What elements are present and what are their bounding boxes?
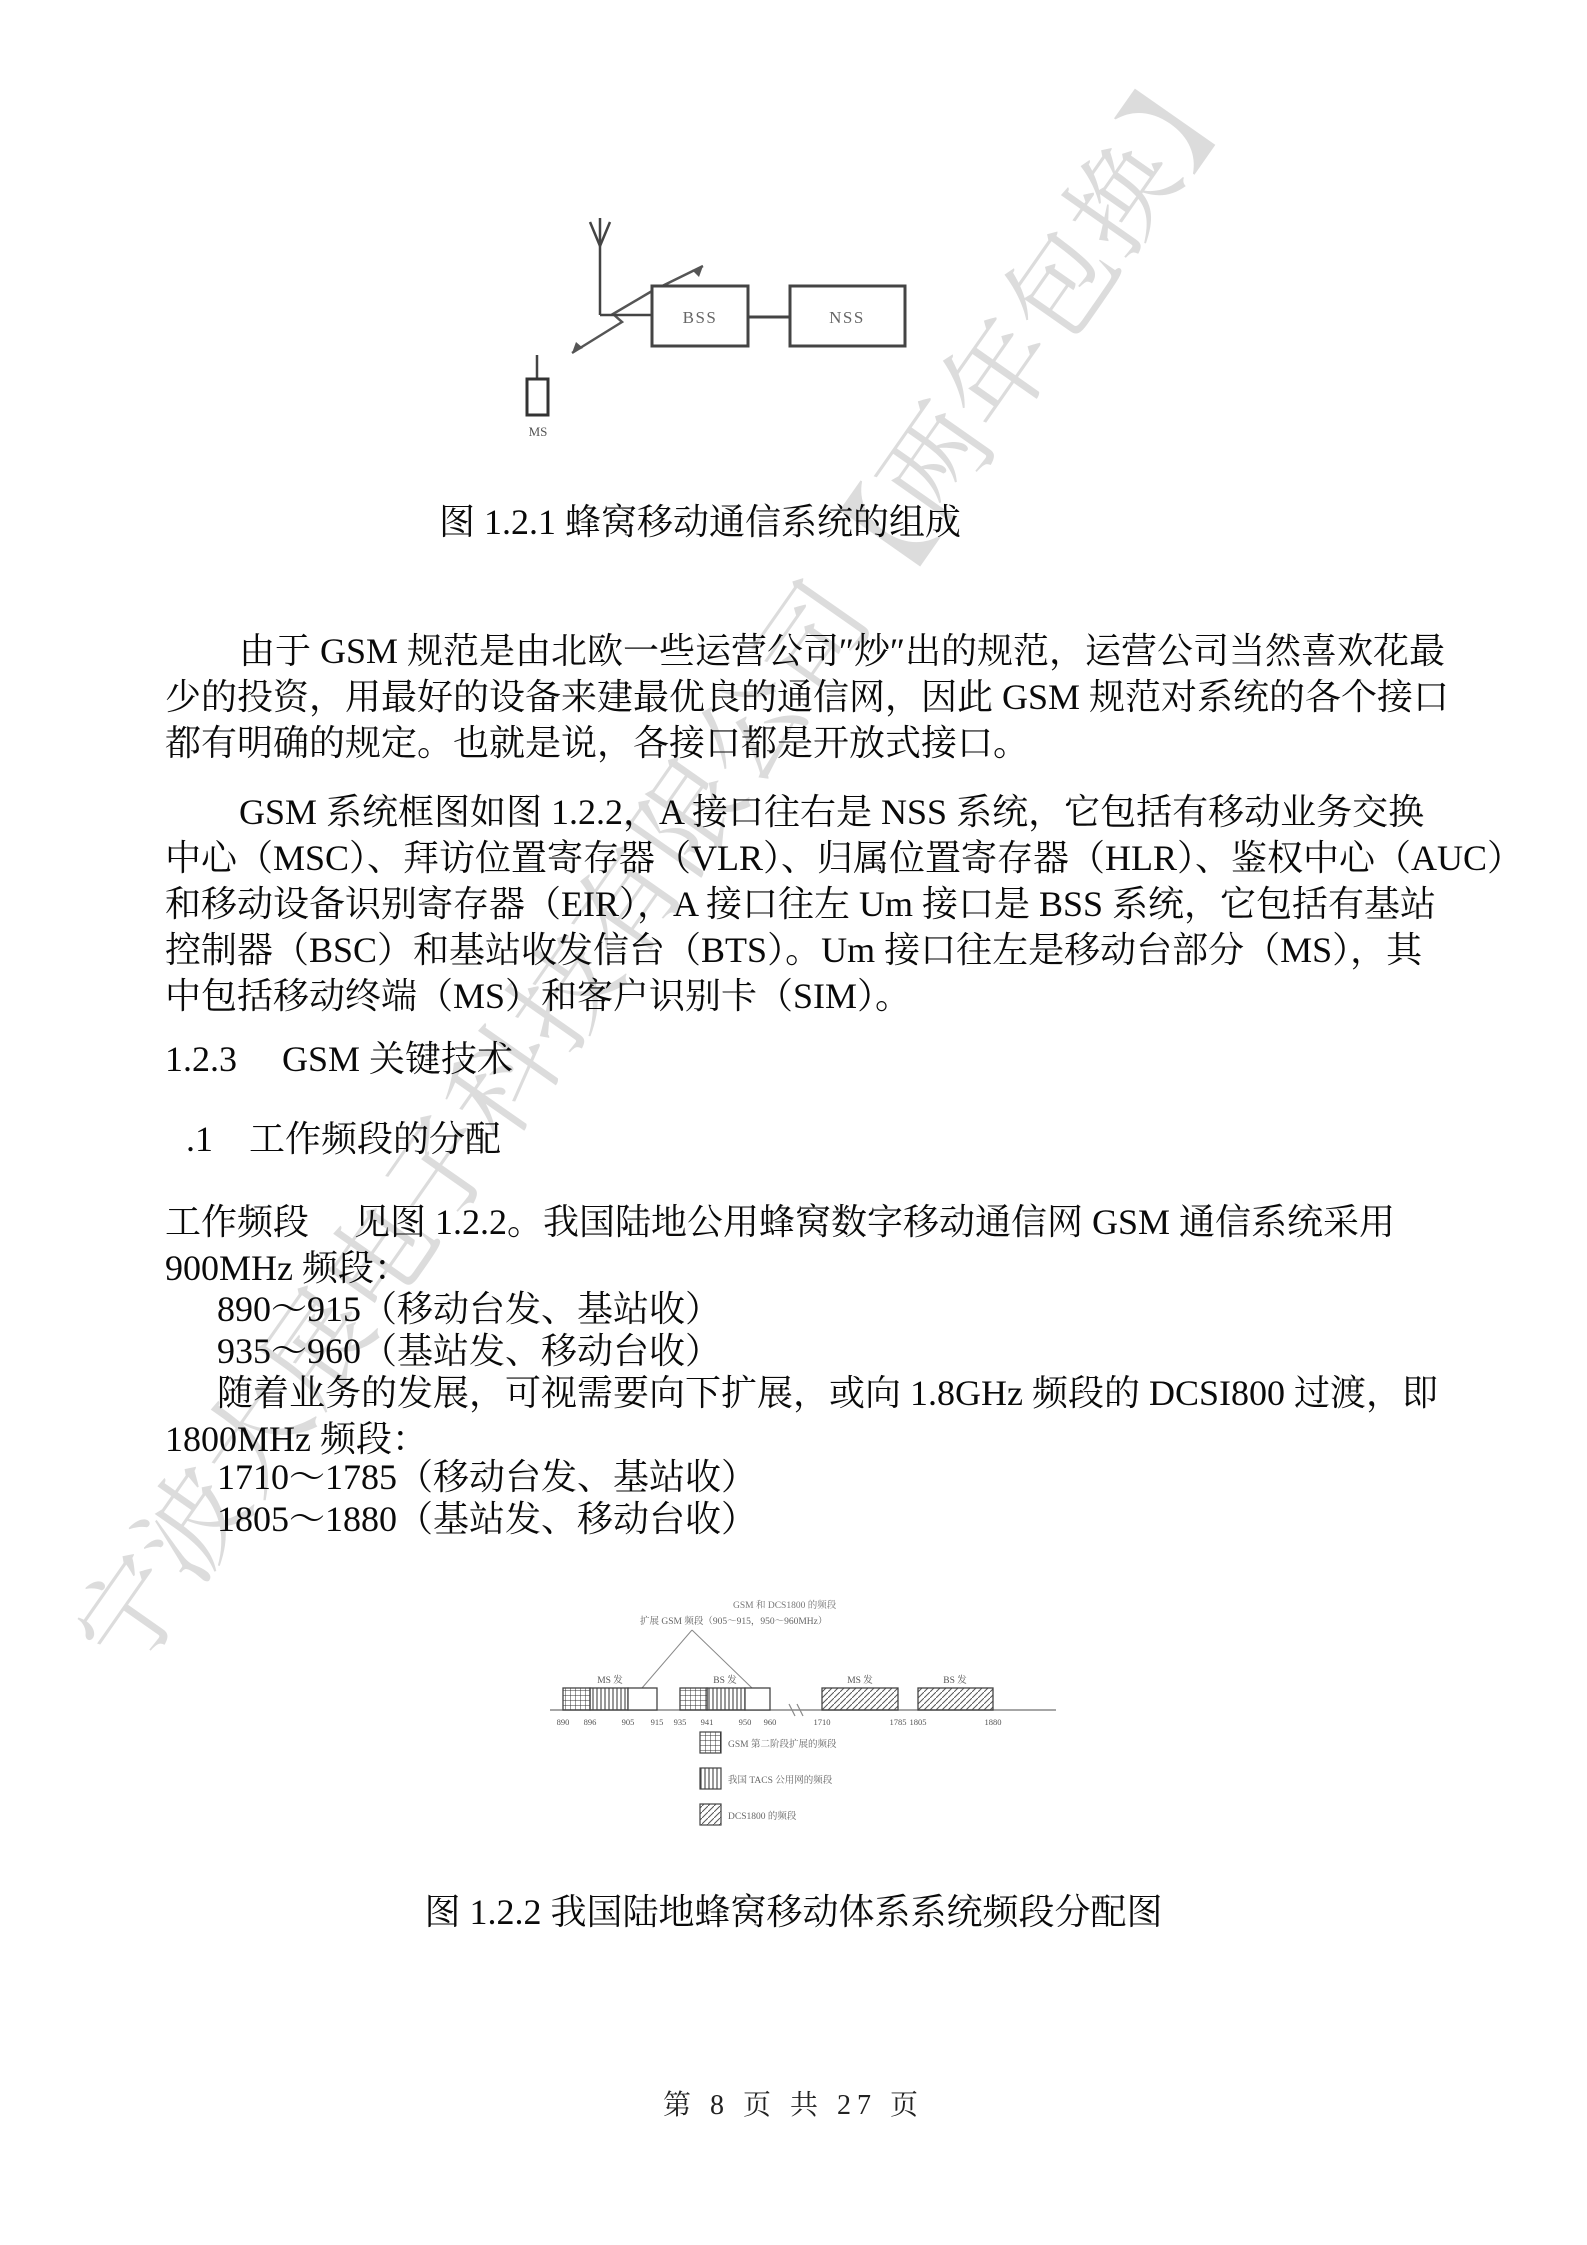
axis-tick: 1880 <box>985 1717 1002 1727</box>
figure2-caption: 图 1.2.2 我国陆地蜂窝移动体系系统频段分配图 <box>0 1892 1587 1932</box>
band-900-downlink: 935～960（基站发、移动台收） <box>165 1328 1497 1374</box>
paragraph-line: 由于 GSM 规范是由北欧一些运营公司″炒″出的规范，运营公司当然喜欢花最 <box>165 628 1445 674</box>
paragraph-1800mhz: 随着业务的发展，可视需要向下扩展，或向 1.8GHz 频段的 DCSI800 过… <box>165 1370 1445 1462</box>
band-label: BS 发 <box>713 1674 737 1686</box>
band-1800-uplink: 1710～1785（移动台发、基站收） <box>165 1454 1497 1500</box>
paragraph-line: 900MHz 频段： <box>165 1245 1445 1291</box>
paragraph-900mhz: 工作频段 见图 1.2.2。我国陆地公用蜂窝数字移动通信网 GSM 通信系统采用… <box>165 1199 1445 1291</box>
bss-label: BSS <box>683 308 718 327</box>
axis-tick: 960 <box>764 1717 777 1727</box>
paragraph-line: 都有明确的规定。也就是说，各接口都是开放式接口。 <box>165 720 1445 766</box>
legend-swatch-vertical-lines <box>700 1768 721 1789</box>
paragraph-line: 中包括移动终端（MS）和客户识别卡（SIM）。 <box>165 973 1445 1019</box>
band-block-900-up <box>563 1688 657 1710</box>
band-block-1800-up <box>822 1688 898 1710</box>
paragraph-gsm-frame: GSM 系统框图如图 1.2.2，A 接口往右是 NSS 系统，它包括有移动业务… <box>165 789 1445 1019</box>
paragraph-line: 中心（MSC）、拜访位置寄存器（VLR）、归属位置寄存器（HLR）、鉴权中心（A… <box>165 835 1445 881</box>
document-page: 宁波大展电子科技有限公司【两年包换】 MS <box>0 0 1587 2245</box>
band-label: MS 发 <box>847 1674 873 1686</box>
nss-label: NSS <box>829 308 865 327</box>
band-block-900-down <box>680 1688 770 1710</box>
legend-label: GSM 第二阶段扩展的频段 <box>728 1738 837 1750</box>
band-label: MS 发 <box>597 1674 623 1686</box>
fig2-annotation-top: GSM 和 DCS1800 的频段 <box>733 1599 837 1611</box>
paragraph-line: 随着业务的发展，可视需要向下扩展，或向 1.8GHz 频段的 DCSI800 过… <box>165 1370 1445 1416</box>
paragraph-line: 和移动设备识别寄存器（EIR），A 接口往左 Um 接口是 BSS 系统，它包括… <box>165 881 1445 927</box>
legend-label: 我国 TACS 公用网的频段 <box>728 1774 833 1786</box>
ms-label: MS <box>529 424 548 439</box>
legend-swatch-diagonal-hatch <box>700 1804 721 1825</box>
axis-tick: 896 <box>584 1717 597 1727</box>
paragraph-line: 少的投资，用最好的设备来建最优良的通信网，因此 GSM 规范对系统的各个接口 <box>165 674 1445 720</box>
legend-label: DCS1800 的频段 <box>728 1810 797 1822</box>
legend-swatch-crosshatch <box>700 1732 721 1753</box>
band-900-uplink: 890～915（移动台发、基站收） <box>165 1286 1497 1332</box>
axis-tick: 1805 <box>910 1717 927 1727</box>
page-number: 第 8 页 共 27 页 <box>0 2083 1587 2123</box>
axis-tick: 905 <box>622 1717 635 1727</box>
figure-cellular-system: MS BSS <box>500 172 950 472</box>
axis-tick: 941 <box>701 1717 714 1727</box>
nss-box: NSS <box>790 286 905 346</box>
axis-tick: 950 <box>739 1717 752 1727</box>
paragraph-line: 工作频段 见图 1.2.2。我国陆地公用蜂窝数字移动通信网 GSM 通信系统采用 <box>165 1199 1445 1245</box>
axis-tick: 1710 <box>814 1717 831 1727</box>
paragraph-line: 控制器（BSC）和基站收发信台（BTS）。Um 接口往左是移动台部分（MS），其 <box>165 927 1445 973</box>
axis-tick: 890 <box>557 1717 570 1727</box>
axis-tick: 915 <box>651 1717 664 1727</box>
band-1800-downlink: 1805～1880（基站发、移动台收） <box>165 1496 1497 1542</box>
section-heading: 1.2.3 GSM 关键技术 <box>165 1036 513 1082</box>
axis-tick: 935 <box>674 1717 687 1727</box>
paragraph-gsm-spec: 由于 GSM 规范是由北欧一些运营公司″炒″出的规范，运营公司当然喜欢花最 少的… <box>165 628 1445 766</box>
subsection-heading: .1 工作频段的分配 <box>186 1116 501 1162</box>
figure1-caption: 图 1.2.1 蜂窝移动通信系统的组成 <box>0 502 1400 542</box>
antenna-icon <box>590 218 652 315</box>
fig2-annotation-main: 扩展 GSM 频段（905～915，950～960MHz） <box>640 1615 827 1627</box>
figure-frequency-allocation: GSM 和 DCS1800 的频段 扩展 GSM 频段（905～915，950～… <box>540 1590 1100 1850</box>
paragraph-line: GSM 系统框图如图 1.2.2，A 接口往右是 NSS 系统，它包括有移动业务… <box>165 789 1445 835</box>
band-label: BS 发 <box>943 1674 967 1686</box>
axis-tick: 1785 <box>890 1717 907 1727</box>
legend: GSM 第二阶段扩展的频段 我国 TACS 公用网的频段 DCS1800 的频段 <box>700 1732 837 1825</box>
bss-box: BSS <box>652 286 748 346</box>
band-block-1800-down <box>918 1688 993 1710</box>
mobile-station-icon: MS <box>527 355 548 439</box>
